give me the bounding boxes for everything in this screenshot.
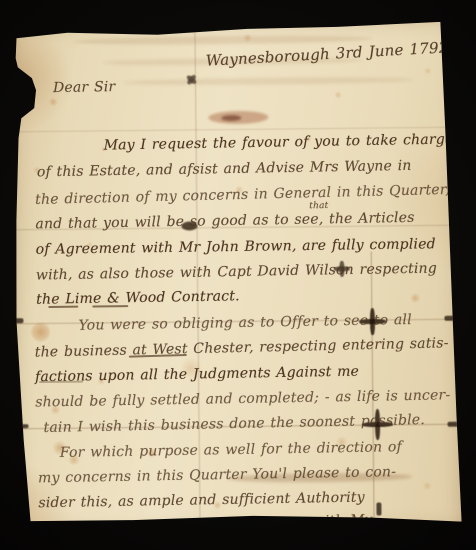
letter-line: You were so obliging as to Offer to see … bbox=[78, 312, 412, 334]
interline-insert: that bbox=[309, 201, 328, 211]
letter-line: tain I wish this business done the soone… bbox=[43, 412, 425, 436]
letter-paper: Waynesborough 3rd June 1792 Dear Sir May… bbox=[7, 16, 464, 537]
letter-line: For which purpose as well for the direct… bbox=[60, 439, 402, 461]
letter-line: should be fully settled and completed; -… bbox=[35, 387, 450, 410]
letter-line: May I request the favour of you to take … bbox=[103, 131, 453, 153]
letter-salutation: Dear Sir bbox=[53, 79, 116, 96]
letter-line: and that you will be so good as to see, … bbox=[35, 210, 414, 233]
letter-line: factions upon all the Judgments Against … bbox=[35, 364, 359, 386]
letter-line: the business at West Chester, respecting… bbox=[35, 335, 449, 360]
letter-line: of Agreement with Mr John Brown, are ful… bbox=[36, 236, 436, 258]
letter-line: with, as also those with Capt David Wils… bbox=[36, 260, 437, 283]
letter-text: Waynesborough 3rd June 1792 Dear Sir May… bbox=[7, 16, 464, 537]
letter-line: my concerns in this Quarter You'l please… bbox=[38, 464, 396, 486]
photo-background: Waynesborough 3rd June 1792 Dear Sir May… bbox=[0, 0, 476, 550]
letter-line: the Lime & Wood Contract. bbox=[36, 288, 240, 308]
letter-line: the direction of my concerns in General … bbox=[35, 182, 450, 208]
letter-closing: with My bbox=[312, 512, 373, 530]
letter-line: of this Estate, and afsist and Advise Mr… bbox=[37, 158, 412, 181]
letter-dateline: Waynesborough 3rd June 1792 bbox=[205, 38, 449, 70]
letter-line: sider this, as ample and sufficient Auth… bbox=[38, 490, 365, 512]
